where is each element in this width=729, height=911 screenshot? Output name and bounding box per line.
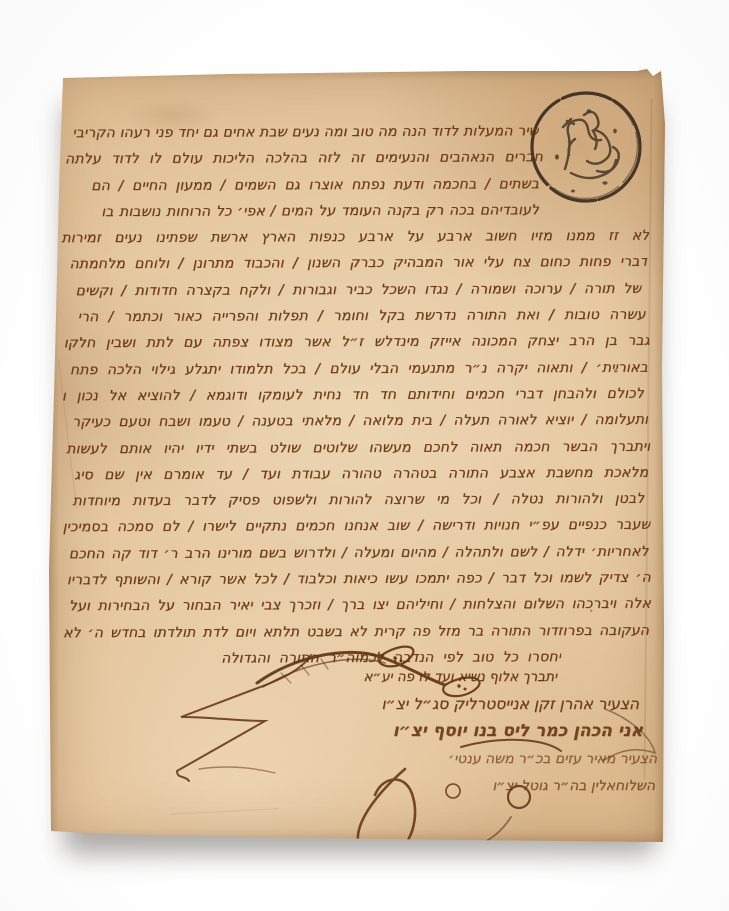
- flourish-overlay: [49, 69, 665, 843]
- pen-flourish-loops: [358, 740, 561, 843]
- pen-flourish-feather: [257, 647, 480, 697]
- photo-background: שיר המעלות לדוד הנה מה טוב ומה נעים שבת …: [0, 0, 729, 911]
- pen-flourish-zigzag: [177, 655, 311, 781]
- manuscript-paper: שיר המעלות לדוד הנה מה טוב ומה נעים שבת …: [49, 69, 665, 843]
- pen-flourish-curl: [603, 709, 655, 761]
